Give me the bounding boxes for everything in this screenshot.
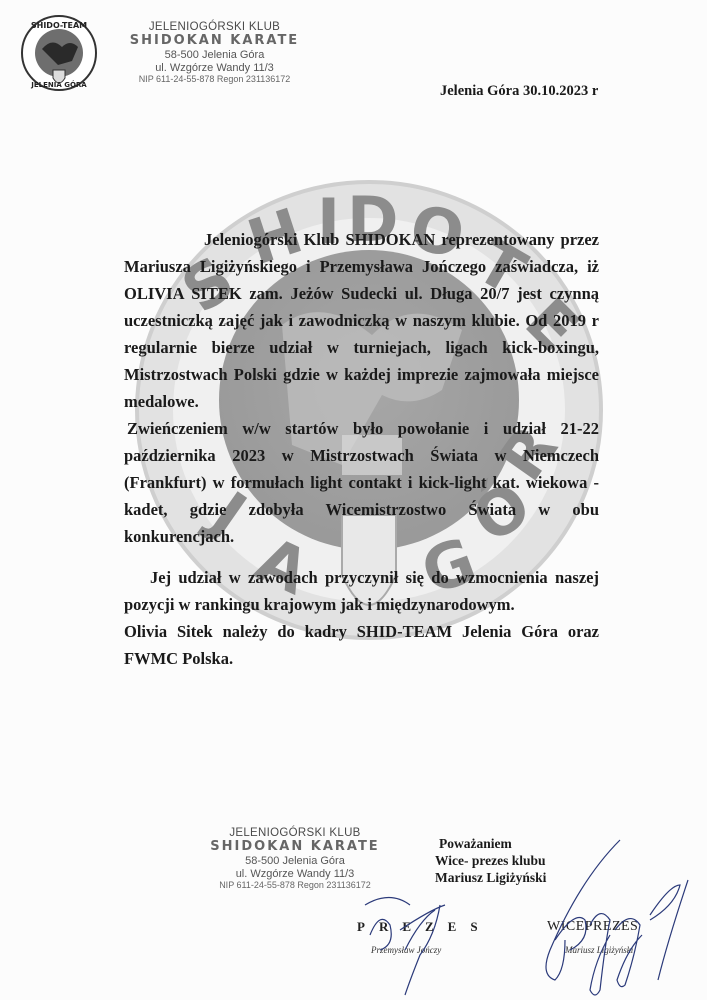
svg-text:JELENIA GÓRA: JELENIA GÓRA — [30, 80, 87, 89]
club-street: ul. Wzgórze Wandy 11/3 — [122, 62, 307, 75]
paragraph-1: Jeleniogórski Klub SHIDOKAN reprezentowa… — [124, 226, 599, 415]
club-footer-stamp: JELENIOGÓRSKI KLUB SHIDOKAN KARATE 58-50… — [205, 827, 385, 891]
paragraph-2: Zwieńczeniem w/w startów było powołanie … — [124, 415, 599, 550]
club-name: SHIDOKAN KARATE — [205, 840, 385, 855]
closing-name: Mariusz Ligiżyński — [435, 869, 546, 886]
paragraph-3: Jej udział w zawodach przyczynił się do … — [124, 564, 599, 618]
club-postal: 58-500 Jelenia Góra — [205, 855, 385, 868]
closing-block: Poważaniem Wice- prezes klubu Mariusz Li… — [435, 835, 546, 886]
paragraph-4: Olivia Sitek należy do kadry SHID-TEAM J… — [124, 618, 599, 672]
president-stamp-name: Przemysław Jończy — [371, 945, 441, 955]
letter-body: Jeleniogórski Klub SHIDOKAN reprezentowa… — [124, 226, 599, 672]
vice-president-stamp-label: WICEPREZES — [547, 919, 638, 935]
closing-role: Wice- prezes klubu — [435, 852, 546, 869]
club-ids: NIP 611-24-55-878 Regon 231136172 — [122, 74, 307, 84]
club-logo: SHIDO-TEAM JELENIA GÓRA — [20, 14, 98, 92]
club-postal: 58-500 Jelenia Góra — [122, 49, 307, 62]
vice-president-stamp-name: Mariusz Ligiżyński — [565, 945, 633, 955]
club-name: SHIDOKAN KARATE — [122, 34, 307, 49]
svg-text:SHIDO-TEAM: SHIDO-TEAM — [31, 21, 87, 30]
vice-president-signature-icon — [546, 840, 688, 995]
club-street: ul. Wzgórze Wandy 11/3 — [205, 868, 385, 881]
document-date: Jelenia Góra 30.10.2023 r — [440, 83, 598, 100]
closing-greeting: Poważaniem — [435, 835, 546, 852]
club-ids: NIP 611-24-55-878 Regon 231136172 — [205, 880, 385, 890]
club-header-stamp: JELENIOGÓRSKI KLUB SHIDOKAN KARATE 58-50… — [122, 21, 307, 85]
president-stamp-label: PREZES — [357, 919, 492, 935]
document-page: S H I D O T E J A G Ó R SHIDO-TEAM JELEN… — [0, 0, 707, 1000]
